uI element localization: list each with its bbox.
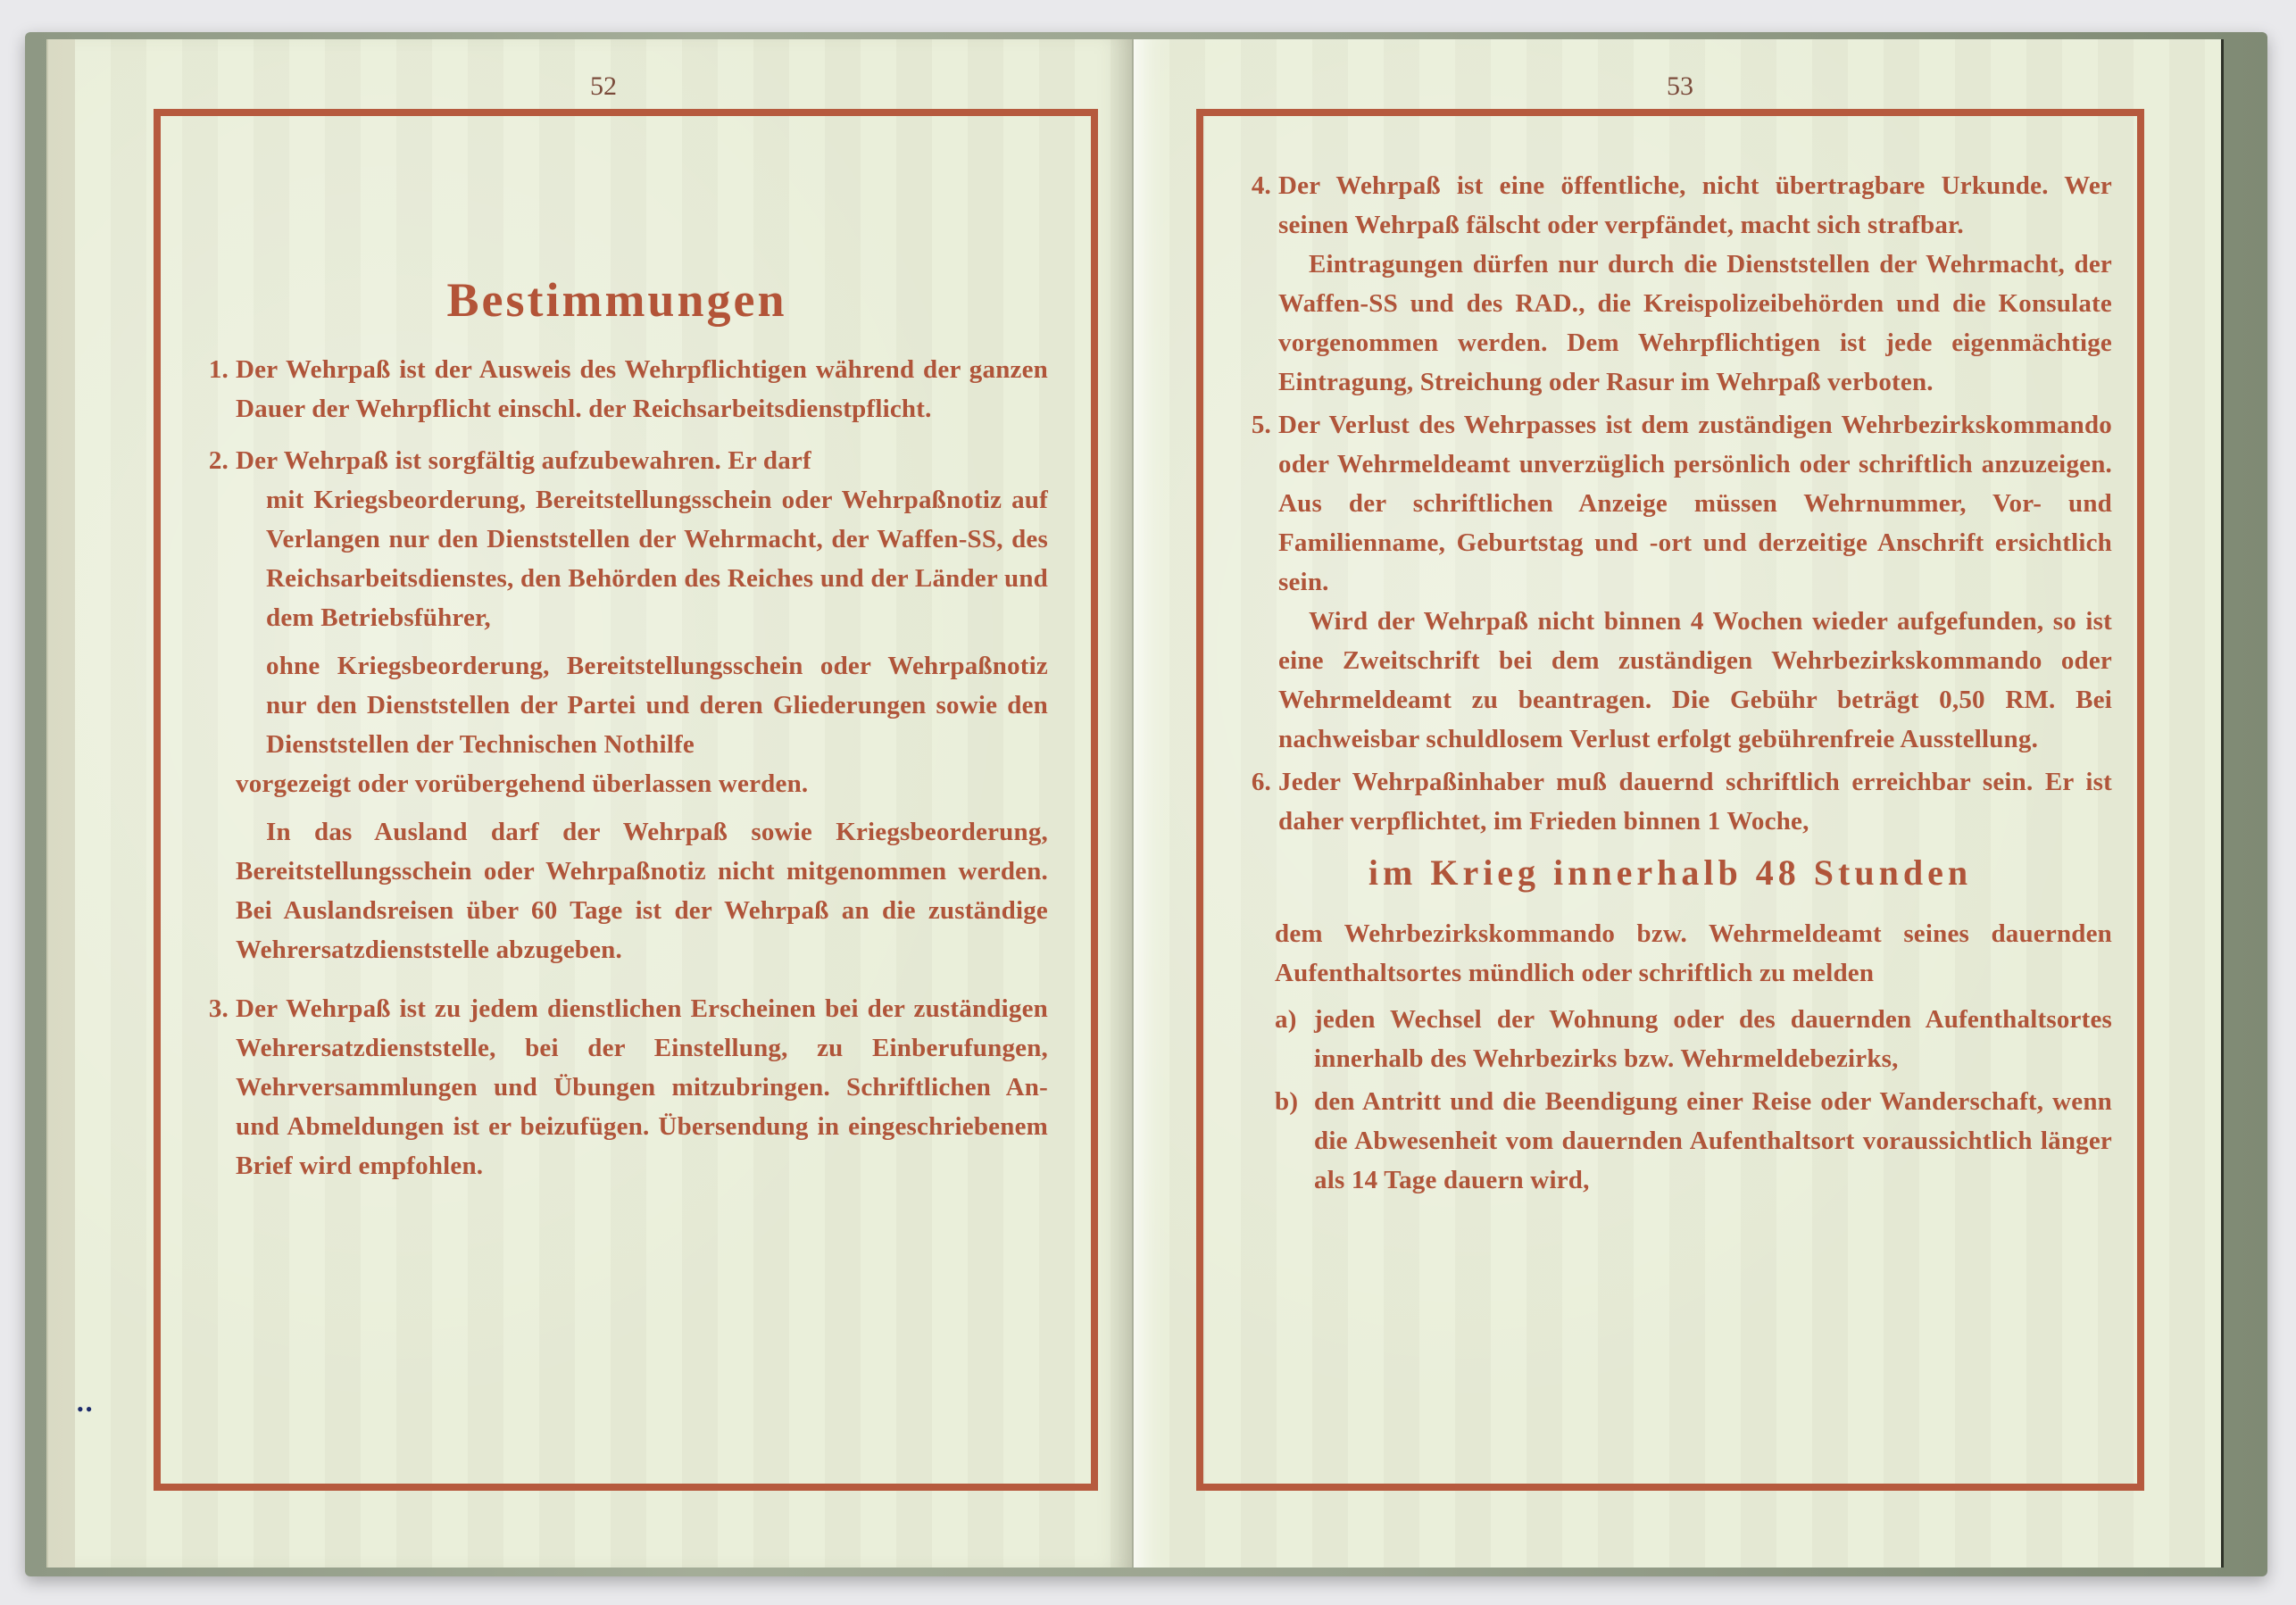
rule-clause-without: ohne Kriegsbeorderung, Bereitstellungssc… [236, 646, 1048, 764]
rule-text: Der Verlust des Wehrpasses ist dem zustä… [1278, 405, 2112, 602]
page-title: Bestimmungen [186, 280, 1048, 320]
rule-item-6: 6. Jeder Wehrpaßinhaber muß dauernd schr… [1228, 762, 2112, 841]
page-number-left: 52 [559, 71, 648, 102]
subitem-a: a) jeden Wechsel der Wohnung oder des da… [1275, 1000, 2112, 1078]
subitem-mark: b) [1275, 1082, 1314, 1200]
subitem-b: b) den Antritt und die Beendigung einer … [1275, 1082, 2112, 1200]
rule-paragraph: Eintragungen dürfen nur durch die Dienst… [1278, 245, 2112, 402]
rule-text: Der Wehrpaß ist der Ausweis des Wehrpfli… [236, 350, 1048, 428]
rule-text: Der Wehrpaß ist eine öffentliche, nicht … [1278, 166, 2112, 245]
rule-number: 1. [186, 350, 236, 428]
right-page-content: 4. Der Wehrpaß ist eine öffentliche, nic… [1228, 166, 2112, 1200]
rule-abroad: In das Ausland darf der Wehrpaß sowie Kr… [236, 812, 1048, 969]
left-page-content: Bestimmungen 1. Der Wehrpaß ist der Ausw… [186, 268, 1048, 1198]
page-number-right: 53 [1635, 71, 1725, 102]
ink-stain-mark: •• [77, 1398, 94, 1421]
subitem-text: den Antritt und die Beendigung einer Rei… [1314, 1082, 2112, 1200]
rule-item-2: 2. Der Wehrpaß ist sorgfältig aufzubewah… [186, 441, 1048, 969]
subitem-text: jeden Wechsel der Wohnung oder des dauer… [1314, 1000, 2112, 1078]
rule-number: 3. [186, 989, 236, 1185]
rule-item-3: 3. Der Wehrpaß ist zu jedem dienstlichen… [186, 989, 1048, 1185]
rule-closing: vorgezeigt oder vorübergehend überlassen… [236, 764, 1048, 803]
rule-text: Der Wehrpaß ist zu jedem dienstlichen Er… [236, 989, 1048, 1185]
rule-item-4: 4. Der Wehrpaß ist eine öffentliche, nic… [1228, 166, 2112, 402]
rule-text: Der Wehrpaß ist sorgfältig aufzubewahren… [236, 441, 1048, 480]
rule-number: 4. [1228, 166, 1278, 402]
rule-text: Jeder Wehrpaßinhaber muß dauernd schrift… [1278, 762, 2112, 841]
subitem-mark: a) [1275, 1000, 1314, 1078]
rule-number: 6. [1228, 762, 1278, 841]
rule-number: 5. [1228, 405, 1278, 759]
rule-clause-with: mit Kriegsbeorderung, Bereitstellungssch… [236, 480, 1048, 637]
rule-number: 2. [186, 441, 236, 969]
rule-continuation: dem Wehrbezirkskommando bzw. Wehrmeldeam… [1275, 914, 2112, 993]
rule-item-5: 5. Der Verlust des Wehrpasses ist dem zu… [1228, 405, 2112, 759]
emphasis-line: im Krieg innerhalb 48 Stunden [1228, 853, 2112, 893]
rule-item-1: 1. Der Wehrpaß ist der Ausweis des Wehrp… [186, 350, 1048, 428]
rule-paragraph: Wird der Wehrpaß nicht binnen 4 Wochen w… [1278, 602, 2112, 759]
